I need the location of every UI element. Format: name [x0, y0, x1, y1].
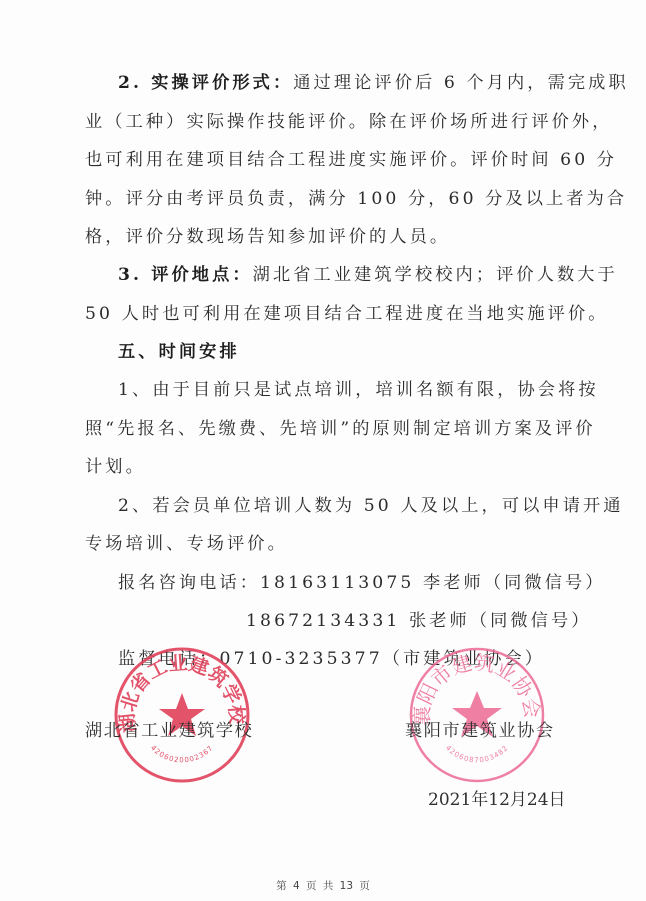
section5-para2-line-1: 2、若会员单位培训人数为 50 人及以上，可以申请开通: [118, 495, 624, 517]
registration-phone-1: 18163113075 李老师（同微信号）: [260, 573, 606, 593]
registration-label: 报名咨询电话：: [118, 573, 260, 593]
item2-line-3: 也可利用在建项目结合工程进度实施评价。评价时间 60 分: [85, 149, 617, 171]
document-date: 2021年12月24日: [428, 785, 566, 810]
item3-label: 3. 评价地点：: [118, 265, 253, 285]
item3-line-2: 50 人时也可利用在建项目结合工程进度在当地实施评价。: [85, 303, 609, 325]
svg-text:4206087003482: 4206087003482: [444, 744, 510, 764]
item2-line-5: 格，评价分数现场告知参加评价的人员。: [85, 226, 450, 248]
left-signature: 湖北省工业建筑学校: [85, 716, 253, 741]
svg-text:4206020002367: 4206020002367: [149, 744, 215, 764]
item2-line-4: 钟。评分由考评员负责，满分 100 分，60 分及以上者为合: [85, 188, 627, 210]
registration-line-1: 报名咨询电话：18163113075 李老师（同微信号）: [118, 572, 606, 594]
seal-left-icon: 湖北省工业建筑学校 4206020002367: [112, 645, 252, 785]
right-signature: 襄阳市建筑业协会: [405, 716, 555, 741]
item2-line-2: 业（工种）实际操作技能评价。除在评价场所进行评价外，: [85, 111, 612, 133]
page-footer: 第 4 页 共 13 页: [0, 878, 646, 893]
section-heading: 五、时间安排: [118, 341, 240, 363]
section5-para1-line-1: 1、由于目前只是试点培训，培训名额有限，协会将按: [118, 379, 599, 401]
item2-label: 2. 实操评价形式：: [118, 73, 293, 93]
item2-line-1: 2. 实操评价形式：通过理论评价后 6 个月内，需完成职: [118, 72, 629, 94]
document-page: 2. 实操评价形式：通过理论评价后 6 个月内，需完成职 业（工种）实际操作技能…: [0, 0, 646, 901]
registration-phone-2: 18672134331 张老师（同微信号）: [246, 610, 592, 632]
left-official-seal: 湖北省工业建筑学校 4206020002367: [112, 645, 252, 785]
section5-para1-line-2: 照“先报名、先缴费、先培训”的原则制定培训方案及评价: [85, 418, 596, 440]
seal-right-icon: 襄阳市建筑业协会 4206087003482: [407, 645, 547, 785]
section5-para2-line-2: 专场培训、专场评价。: [85, 533, 288, 555]
section5-para1-line-3: 计划。: [85, 456, 146, 478]
item3-line-1: 3. 评价地点：湖北省工业建筑学校校内；评价人数大于: [118, 264, 618, 286]
right-official-seal: 襄阳市建筑业协会 4206087003482: [407, 645, 547, 785]
